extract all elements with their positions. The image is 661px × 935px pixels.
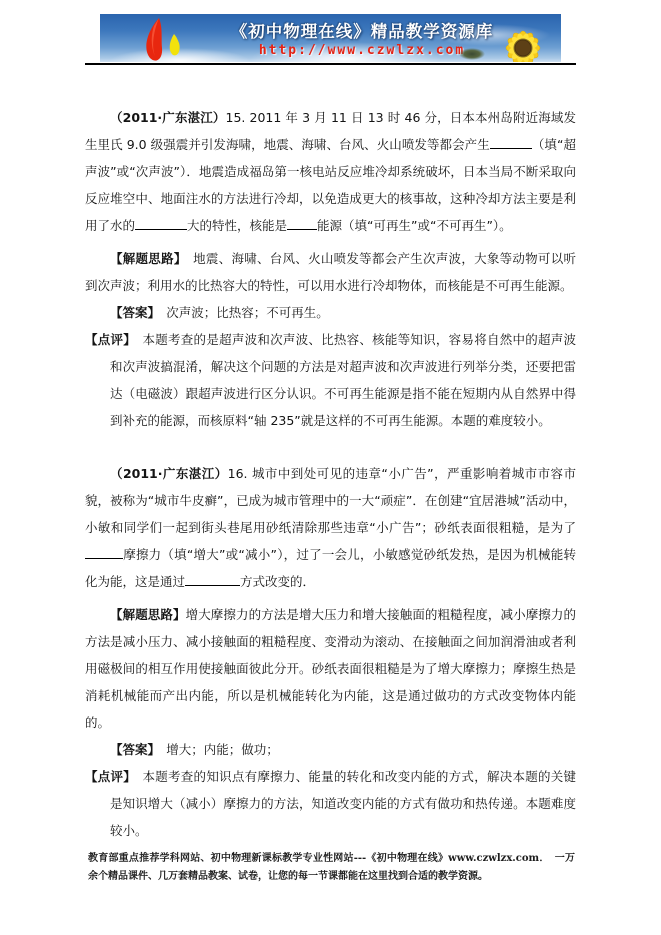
blank-underline <box>287 216 317 230</box>
site-title: 《初中物理在线》精品教学资源库 <box>212 18 512 42</box>
answer-15: 【答案】 次声波；比热容；不可再生。 <box>85 299 576 326</box>
question-text: 方式改变的． <box>240 574 315 589</box>
comment-label: 【点评】 <box>85 769 130 784</box>
analysis-label: 【解题思路】 <box>110 607 186 622</box>
comment-15: 【点评】 本题考查的是超声波和次声波、比热容、核能等知识，容易将自然中的超声波和… <box>85 326 576 434</box>
question-text: 大的特性，核能是 <box>187 218 287 233</box>
analysis-label: 【解题思路】 <box>110 251 180 266</box>
site-banner[interactable]: 《初中物理在线》精品教学资源库 http://www.czwlzx.com <box>100 14 561 62</box>
blank-underline <box>185 572 240 586</box>
comment-label: 【点评】 <box>85 332 130 347</box>
answer-label: 【答案】 <box>110 742 154 757</box>
sunflower-icon <box>487 22 553 62</box>
blank-underline <box>135 216 187 230</box>
question-number: 16. <box>228 466 248 481</box>
question-15: （2011·广东湛江）15. 2011 年 3 月 11 日 13 时 46 分… <box>85 104 576 239</box>
question-number: 15. <box>226 110 246 125</box>
flame-logo-icon <box>132 16 192 62</box>
analysis-text: 增大摩擦力的方法是增大压力和增大接触面的粗糙程度，减小摩擦力的方法是减小压力、减… <box>85 607 576 730</box>
question-16: （2011·广东湛江）16. 城市中到处可见的违章“小广告”，严重影响着城市市容… <box>85 460 576 595</box>
document-page: 《初中物理在线》精品教学资源库 http://www.czwlzx.com <box>0 0 661 935</box>
question-text: 摩擦力（填“增大”或“减小”），过了一会儿，小敏感觉砂纸发热，是因为机械能转化为… <box>85 547 576 589</box>
exam-tag: （2011·广东湛江） <box>110 110 226 125</box>
analysis-15: 【解题思路】 地震、海啸、台风、火山喷发等都会产生次声波，大象等动物可以听到次声… <box>85 245 576 299</box>
answer-text: 次声波；比热容；不可再生。 <box>154 305 329 320</box>
answer-text: 增大；内能；做功； <box>154 742 279 757</box>
footer-text: 教育部重点推荐学科网站、初中物理新课标教学专业性网站---《初中物理在线》www… <box>88 853 575 882</box>
document-body: （2011·广东湛江）15. 2011 年 3 月 11 日 13 时 46 分… <box>85 104 576 844</box>
page-footer: 教育部重点推荐学科网站、初中物理新课标教学专业性网站---《初中物理在线》www… <box>88 850 575 885</box>
question-text: 能源（填“可再生”或“不可再生”）。 <box>317 218 512 233</box>
blank-underline <box>85 545 123 559</box>
analysis-16: 【解题思路】增大摩擦力的方法是增大压力和增大接触面的粗糙程度，减小摩擦力的方法是… <box>85 601 576 736</box>
answer-16: 【答案】 增大；内能；做功； <box>85 736 576 763</box>
header-divider <box>85 63 576 65</box>
comment-16: 【点评】 本题考查的知识点有摩擦力、能量的转化和改变内能的方式，解决本题的关键是… <box>85 763 576 844</box>
leaf-icon <box>459 48 485 60</box>
exam-tag: （2011·广东湛江） <box>110 466 228 481</box>
comment-text: 本题考查的是超声波和次声波、比热容、核能等知识，容易将自然中的超声波和次声波搞混… <box>110 332 576 428</box>
comment-text: 本题考查的知识点有摩擦力、能量的转化和改变内能的方式，解决本题的关键是知识增大（… <box>110 769 576 838</box>
blank-underline <box>490 135 532 149</box>
answer-label: 【答案】 <box>110 305 154 320</box>
